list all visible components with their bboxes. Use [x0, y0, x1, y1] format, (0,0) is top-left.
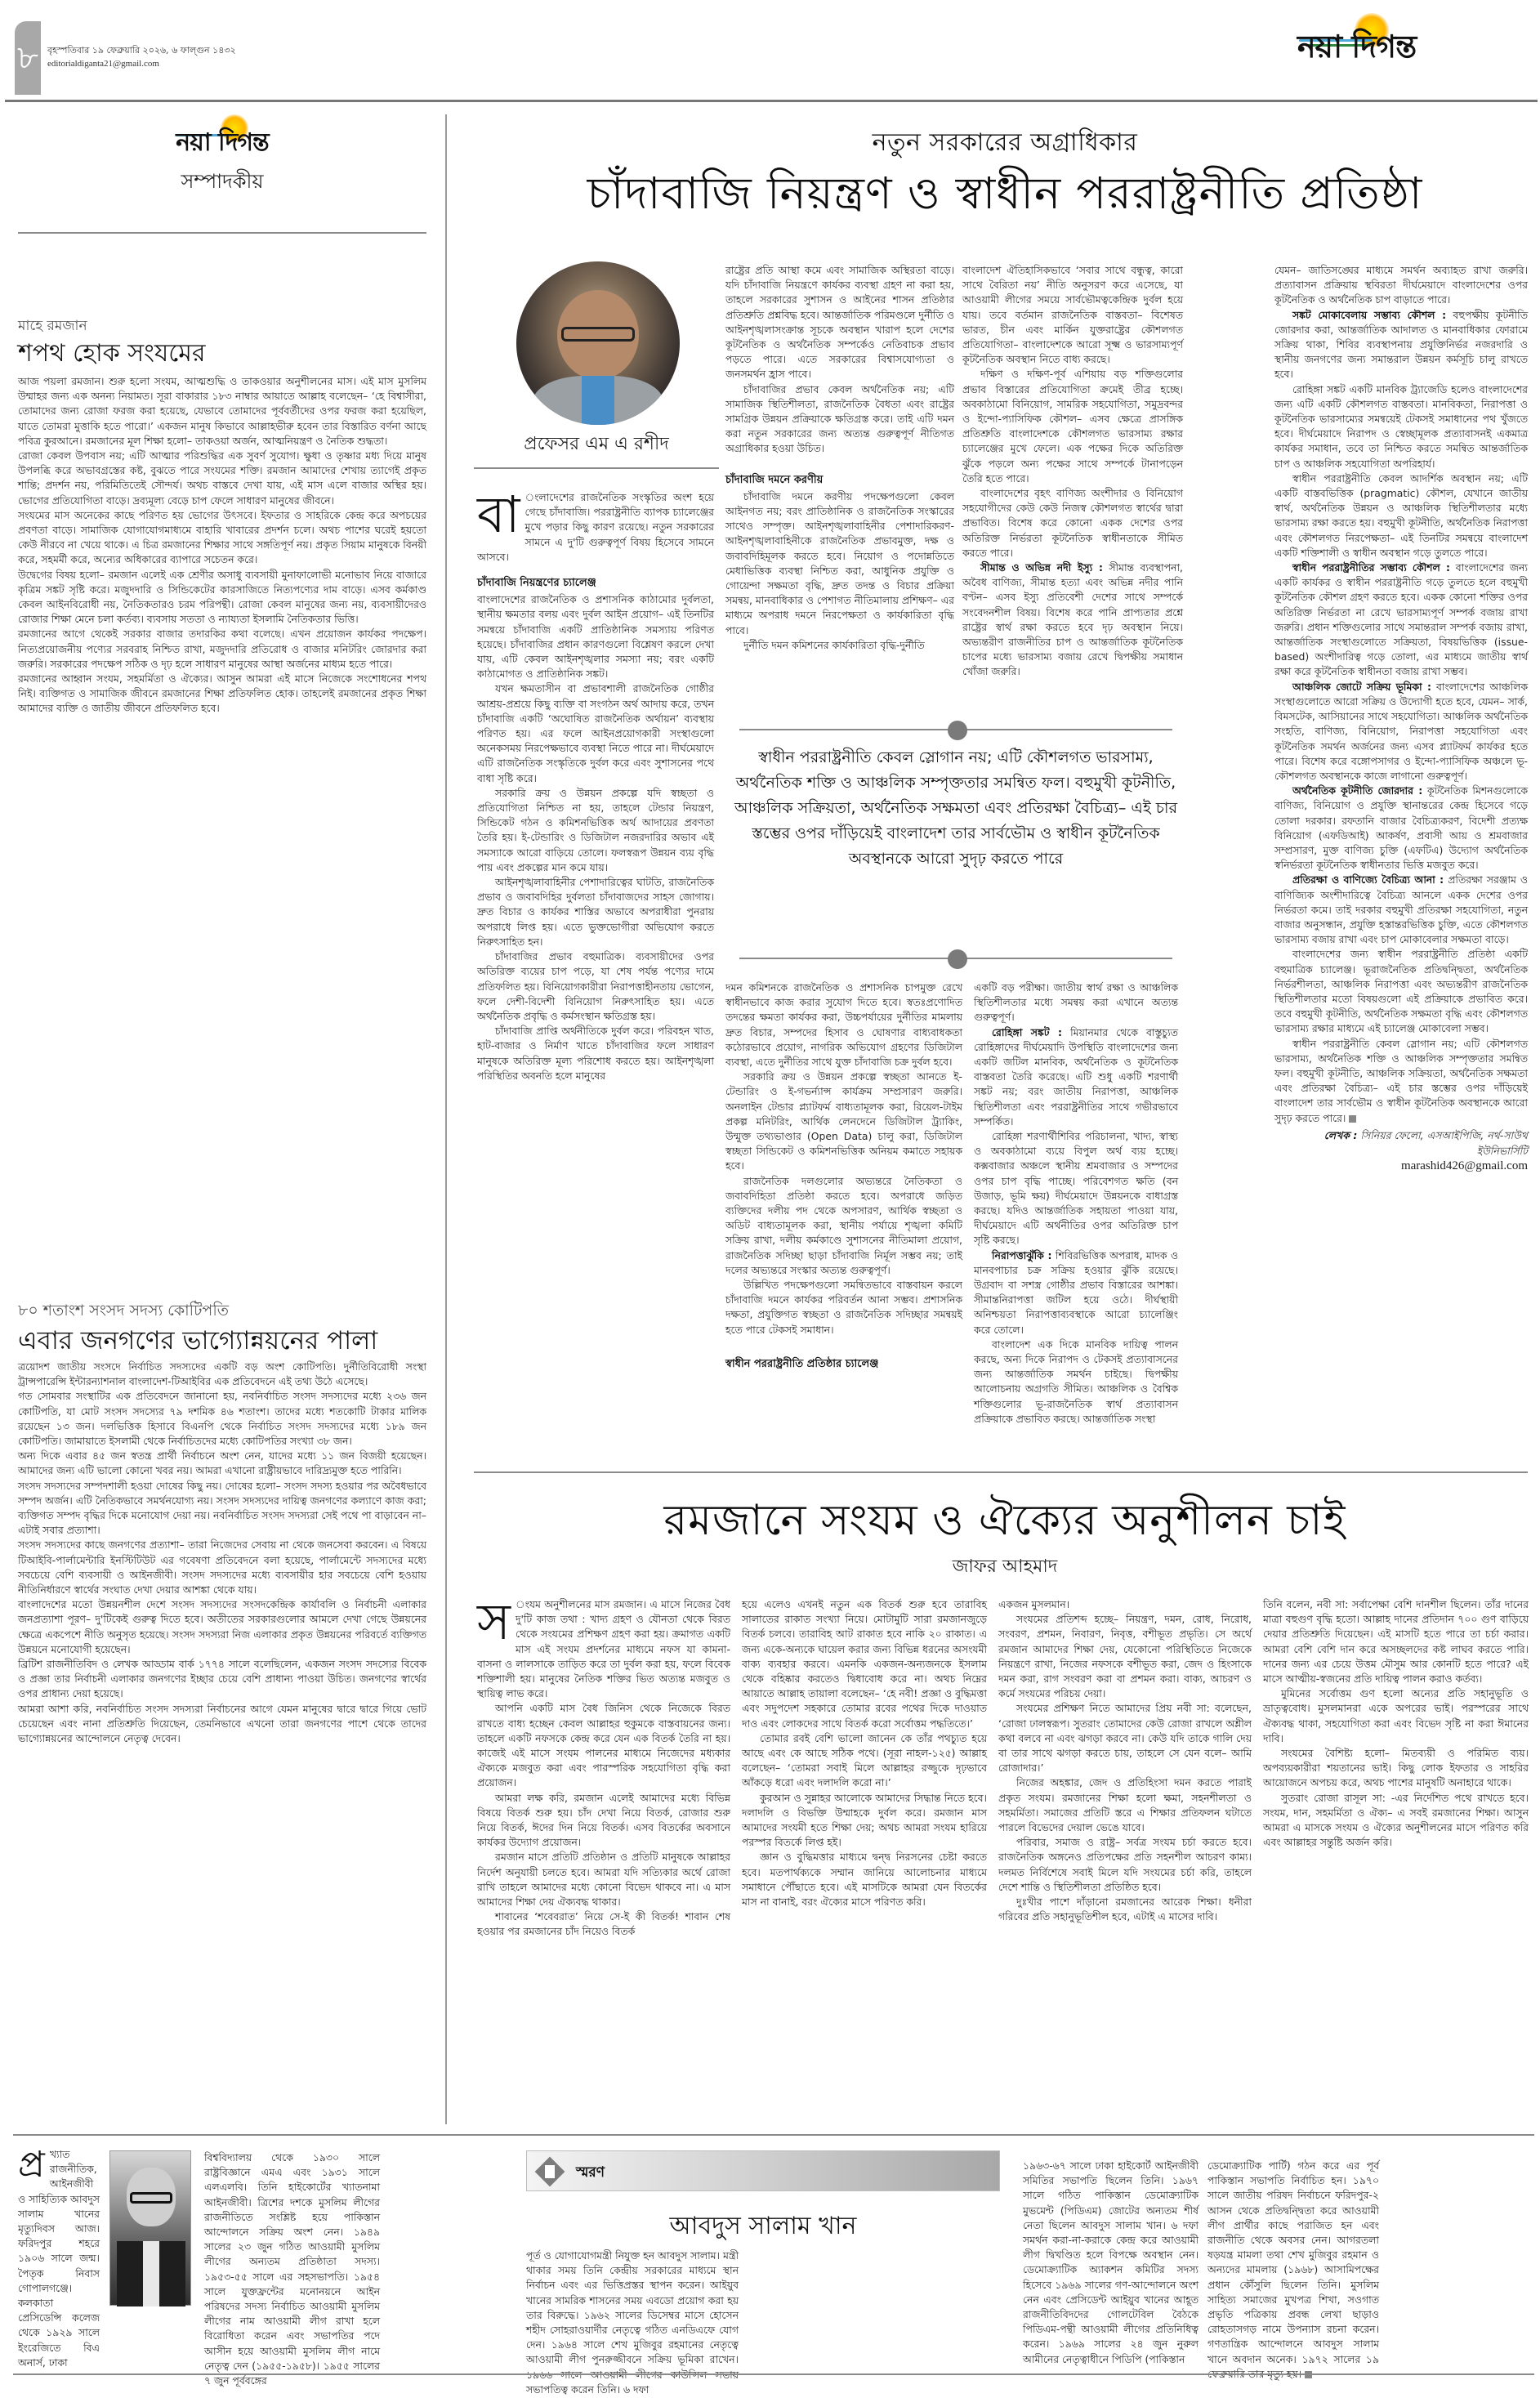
article-separator — [474, 1471, 1528, 1473]
editorial-title: শপথ হোক সংযমের — [18, 338, 426, 369]
header-rule — [5, 100, 1538, 102]
subhead: চাঁদাবাজি দমনে করণীয় — [725, 473, 954, 488]
subhead: স্বাধীন পররাষ্ট্রনীতি প্রতিষ্ঠার চ্যালেঞ… — [725, 1357, 962, 1372]
author-photo — [516, 261, 680, 425]
main-col-2-lower: দমন কমিশনকে রাজনৈতিক ও প্রশাসনিক চাপমুক্… — [725, 980, 962, 1373]
main-col-4: যেমন– জাতিসঙ্ঘের মাধ্যমে সমর্থন অব্যাহত … — [1274, 263, 1528, 1173]
footer-rule — [13, 2373, 1534, 2375]
editorial-body: ত্রয়োদশ জাতীয় সংসদে নির্বাচিত সদস্যদের… — [18, 1360, 426, 1746]
smaran-header-bar: স্মরণ — [526, 2150, 1000, 2191]
smaran-intro: প্রখ্যাত রাজনীতিক, আইনজীবী ও সাহিত্যিক আ… — [18, 2147, 100, 2370]
page-number-tab: ৮ — [15, 21, 41, 95]
second-col-1: সংযম অনুশীলনের মাস রমজান। এ মাসে নিজের ব… — [477, 1597, 730, 1940]
drop-cap: প্র — [18, 2149, 45, 2181]
editorial-title: এবার জনগণের ভাগ্যোন্নয়নের পালা — [18, 1325, 426, 1356]
editorial-logo: নয়া দিগন্ত — [18, 114, 426, 155]
editorial-kicker: মাহে রমজান — [18, 315, 426, 338]
main-col-3-lower: একটি বড় পরীক্ষা। জাতীয় স্বার্থ রক্ষা ও… — [974, 980, 1178, 1427]
section-label: সম্পাদকীয় — [18, 167, 426, 199]
publication-date: বৃহস্পতিবার ১৯ ফেব্রুয়ারি ২০২৬, ৬ ফাল্গ… — [47, 43, 236, 59]
editorial-item-2: ৮০ শতাংশ সংসদ সদস্য কোটিপতি এবার জনগণের … — [18, 1299, 426, 1746]
second-author: জাফর আহমাদ — [474, 1552, 1536, 1583]
bottom-section-rule — [13, 2134, 1534, 2136]
second-headline: রমজানে সংযম ও ঐক্যের অনুশীলন চাই — [474, 1487, 1536, 1558]
column-divider — [445, 114, 447, 2124]
second-col-2: হয়ে এলেও এখনই নতুন এক বিতর্ক শুরু হবে ত… — [742, 1597, 987, 1909]
end-mark-icon — [1349, 1115, 1356, 1123]
author-note: লেখক : সিনিয়র ফেলো, এসআইপিজি, নর্থ-সাউথ… — [1274, 1128, 1528, 1159]
main-col-1: বাংলাদেশের রাজনৈতিক সংস্কৃতির অংশ হয়ে গ… — [477, 490, 714, 1083]
editorial-item-1: মাহে রমজান শপথ হোক সংযমের আজ পয়লা রমজান… — [18, 315, 426, 717]
main-headline: চাঁদাবাজি নিয়ন্ত্রণ ও স্বাধীন পররাষ্ট্র… — [474, 167, 1536, 220]
smaran-col-2: বিশ্ববিদ্যালয় থেকে ১৯৩০ সালে রাষ্ট্রবিজ… — [204, 2150, 380, 2388]
editorial-column: নয়া দিগন্ত সম্পাদকীয় — [18, 114, 426, 199]
author-name: প্রফেসর এম এ রশীদ — [474, 430, 719, 460]
author-rule — [474, 467, 719, 469]
smaran-label: স্মরণ — [576, 2162, 605, 2185]
pullquote: স্বাধীন পররাষ্ট্রনীতি কেবল স্লোগান নয়; … — [727, 745, 1185, 872]
drop-cap: বা — [477, 492, 520, 538]
second-col-3: একজন মুসলমান। সংযমের প্রতিশব্দ হচ্ছে– নি… — [998, 1597, 1252, 1924]
editorial-body: আজ পয়লা রমজান। শুরু হলো সংযম, আত্মশুদ্ধ… — [18, 374, 426, 717]
pullquote-dot-icon — [948, 721, 967, 740]
editorial-email: editorialdiganta21@gmail.com — [47, 59, 159, 69]
masthead-logo: নয়া দিগন্ত — [1297, 23, 1416, 75]
main-kicker: নতুন সরকারের অগ্রাধিকার — [474, 123, 1536, 164]
main-col-3: বাংলাদেশ ঐতিহাসিকভাবে ‘সবার সাথে বন্ধুত্… — [962, 263, 1183, 680]
smaran-col-5: ডেমোক্র্যাটিক পার্টি) গঠন করে এর পূর্ব প… — [1207, 2159, 1379, 2382]
editorial-kicker: ৮০ শতাংশ সংসদ সদস্য কোটিপতি — [18, 1299, 426, 1325]
main-col-2: রাষ্ট্রের প্রতি আস্থা কমে এবং সামাজিক অস… — [725, 263, 954, 653]
obituary-photo — [109, 2150, 191, 2306]
subhead: চাঁদাবাজি নিয়ন্ত্রণের চ্যালেঞ্জ — [477, 576, 714, 591]
drop-cap: স — [477, 1599, 511, 1645]
editorial-rule — [18, 232, 426, 234]
pullquote-dot-icon — [948, 949, 967, 969]
obituary-name: আবদুস সালাম খান — [526, 2206, 1000, 2248]
second-col-4: তিনি বলেন, নবী সা: সর্বাপেক্ষা বেশি দানশ… — [1263, 1597, 1529, 1850]
smaran-col-4: ১৯৬৩-৬৭ সালে ঢাকা হাইকোর্ট আইনজীবী সমিতি… — [1023, 2159, 1199, 2367]
author-email: marashid426@gmail.com — [1274, 1159, 1528, 1173]
